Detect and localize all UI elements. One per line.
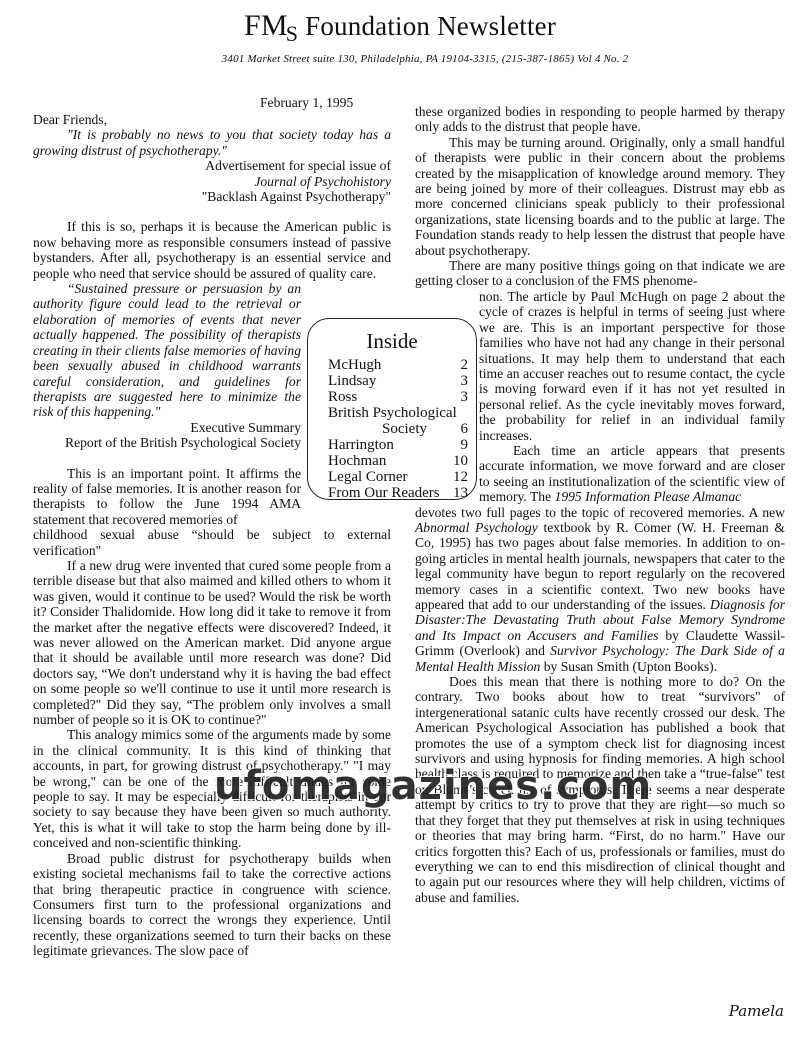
wrapped-text-block: non. The article by Paul McHugh on page …: [479, 289, 785, 505]
left-column: Dear Friends, "It is probably no news to…: [33, 112, 391, 959]
contents-item[interactable]: Lindsay3: [308, 373, 476, 389]
contents-page: 10: [453, 453, 468, 469]
contents-item[interactable]: Ross3: [308, 389, 476, 405]
contents-item[interactable]: Harrington9: [308, 437, 476, 453]
paragraph: This may be turning around. Originally, …: [415, 135, 785, 258]
epigraph-quote-1: "It is probably no news to you that soci…: [33, 127, 391, 158]
textbook-title: Abnormal Psychology: [415, 520, 538, 535]
contents-page: 2: [461, 357, 469, 373]
contents-label: British Psychological: [328, 405, 457, 421]
inside-contents-box: Inside McHugh2 Lindsay3 Ross3 British Ps…: [307, 318, 477, 500]
contents-page: 13: [453, 485, 468, 501]
title-s: S: [286, 21, 298, 46]
contents-label: Society: [382, 421, 427, 437]
paragraph: There are many positive things going on …: [415, 258, 785, 289]
contents-label: Ross: [328, 389, 357, 405]
contents-page: 3: [461, 373, 469, 389]
contents-label: Lindsay: [328, 373, 376, 389]
contents-item[interactable]: McHugh2: [308, 357, 476, 373]
contents-page: 9: [461, 437, 469, 453]
title-fm: FM: [244, 9, 288, 42]
contents-label: Hochman: [328, 453, 386, 469]
attribution-line: Report of the British Psychological Soci…: [33, 435, 301, 450]
greeting: Dear Friends,: [33, 112, 391, 127]
contents-item[interactable]: From Our Readers13: [308, 485, 476, 501]
text-run: by Susan Smith (Upton Books).: [540, 659, 717, 674]
inside-title: Inside: [308, 333, 476, 349]
address-volume-line: 3401 Market Street suite 130, Philadelph…: [0, 52, 800, 67]
paragraph: If this is so, perhaps it is because the…: [33, 219, 391, 281]
contents-page: 6: [461, 421, 469, 437]
attribution-line: Executive Summary: [33, 420, 301, 435]
contents-item[interactable]: Hochman10: [308, 453, 476, 469]
journal-title: Journal of Psychohistory: [33, 174, 391, 189]
contents-item[interactable]: Legal Corner12: [308, 469, 476, 485]
masthead: FMS Foundation Newsletter 3401 Market St…: [0, 10, 800, 67]
issue-date: February 1, 1995: [260, 95, 353, 110]
signature: Pamela: [729, 1004, 784, 1019]
epigraph-attribution-2: Executive Summary Report of the British …: [33, 420, 301, 451]
contents-item[interactable]: British Psychological: [308, 405, 476, 421]
newsletter-title: FMS Foundation Newsletter: [0, 10, 800, 44]
paragraph: This is an important point. It affirms t…: [33, 466, 301, 528]
epigraph-attribution-1: Advertisement for special issue of Journ…: [33, 158, 391, 204]
paragraph-continued: devotes two full pages to the topic of r…: [415, 505, 785, 674]
attribution-line: Advertisement for special issue of: [33, 158, 391, 173]
contents-label: Harrington: [328, 437, 394, 453]
contents-page: 12: [453, 469, 468, 485]
contents-label: Legal Corner: [328, 469, 408, 485]
paragraph-continued: these organized bodies in responding to …: [415, 104, 785, 135]
paragraph-continued: childhood sexual abuse “should be subjec…: [33, 527, 391, 558]
paragraph-start: Each time an article appears that presen…: [479, 443, 785, 505]
contents-item[interactable]: Society6: [308, 421, 476, 437]
contents-page: 3: [461, 389, 469, 405]
paragraph-continued: non. The article by Paul McHugh on page …: [479, 289, 785, 443]
epigraph-quote-2: “Sustained pressure or persuasion by an …: [33, 281, 301, 420]
contents-label: McHugh: [328, 357, 381, 373]
paragraph: Broad public distrust for psychotherapy …: [33, 851, 391, 959]
epigraph-2-block: “Sustained pressure or persuasion by an …: [33, 281, 301, 527]
title-rest: Foundation Newsletter: [298, 11, 556, 41]
issue-title: "Backlash Against Psychotherapy": [33, 189, 391, 204]
contents-label: From Our Readers: [328, 485, 440, 501]
paragraph: If a new drug were invented that cured s…: [33, 558, 391, 727]
text-run: devotes two full pages to the topic of r…: [415, 505, 785, 520]
almanac-title: 1995 Information Please Almanac: [555, 489, 742, 504]
watermark: ufomagazines.com: [214, 766, 652, 806]
